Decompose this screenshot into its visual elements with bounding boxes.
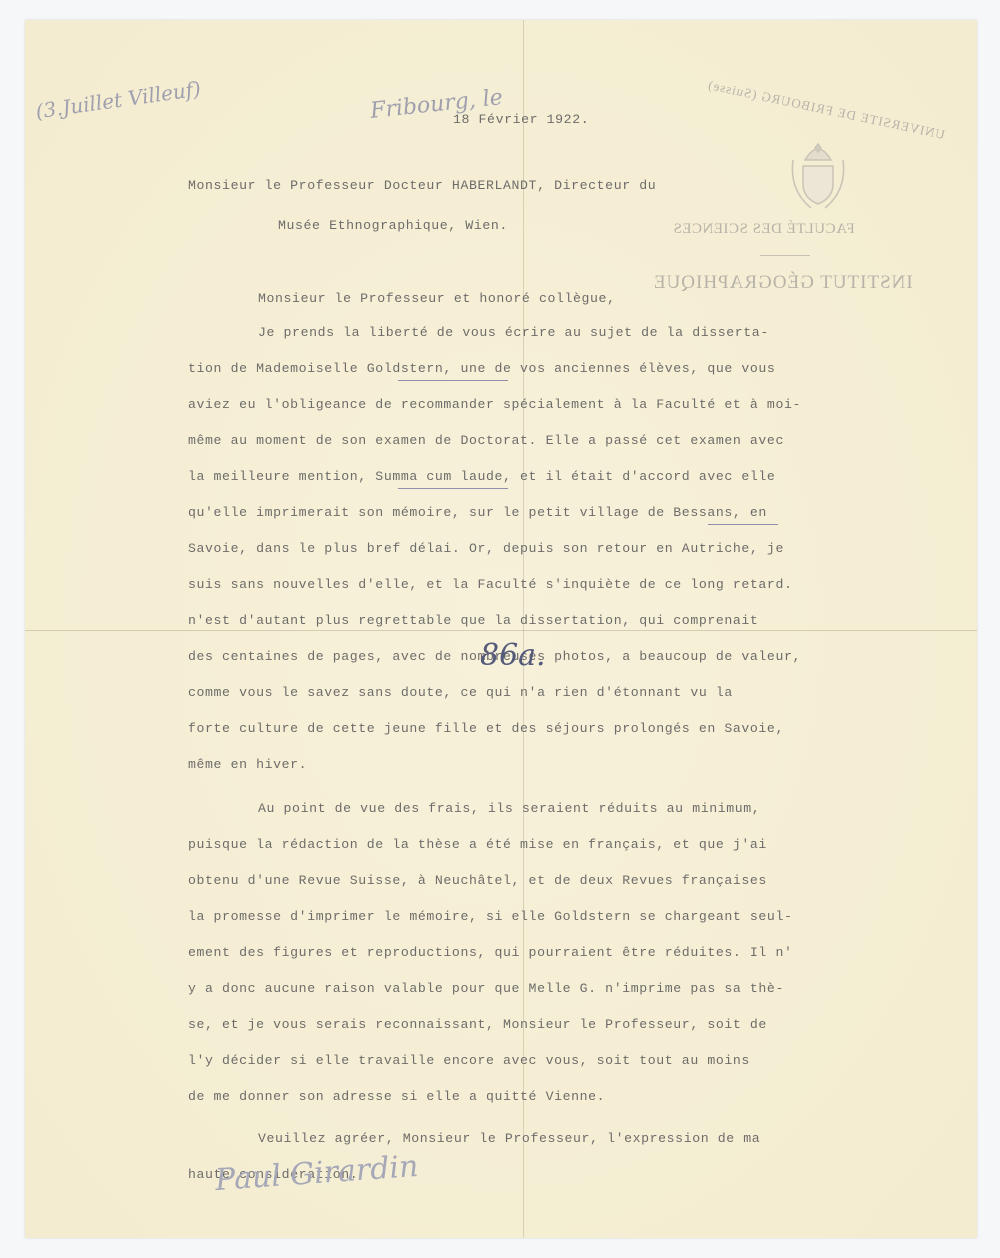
body-line: Au point de vue des frais, ils seraient …: [258, 801, 760, 816]
body-line: obtenu d'une Revue Suisse, à Neuchâtel, …: [188, 873, 767, 888]
body-line: suis sans nouvelles d'elle, et la Facult…: [188, 577, 792, 592]
body-line: y a donc aucune raison valable pour que …: [188, 981, 784, 996]
body-line: comme vous le savez sans doute, ce qui n…: [188, 685, 733, 700]
signature: Paul Girardin: [214, 1149, 419, 1198]
body-line: ement des figures et reproductions, qui …: [188, 945, 792, 960]
body-line: l'y décider si elle travaille encore ave…: [188, 1053, 750, 1068]
recipient-line-1: Monsieur le Professeur Docteur HABERLAND…: [188, 178, 656, 193]
body-line: Savoie, dans le plus bref délai. Or, dep…: [188, 541, 784, 556]
letterhead-institute: INSTITUT GÉOGRAPHIQUE: [653, 272, 913, 294]
crest-icon: [785, 130, 851, 216]
underline-summa-cum-laude: [398, 488, 508, 489]
body-line: puisque la rédaction de la thèse a été m…: [188, 837, 767, 852]
underline-bessans: [708, 524, 778, 525]
body-line: même au moment de son examen de Doctorat…: [188, 433, 784, 448]
closing-line-1: Veuillez agréer, Monsieur le Professeur,…: [258, 1131, 760, 1146]
body-line: même en hiver.: [188, 757, 307, 772]
recipient-line-2: Musée Ethnographique, Wien.: [278, 218, 508, 233]
underline-goldstern: [398, 380, 508, 381]
archive-number: 86a.: [480, 638, 546, 673]
fold-line-horizontal: [25, 630, 977, 631]
body-line: de me donner son adresse si elle a quitt…: [188, 1089, 605, 1104]
body-line: forte culture de cette jeune fille et de…: [188, 721, 784, 736]
letter-page: UNIVERSITE DE FRIBOURG (Suisse) FACULTÉ …: [25, 20, 977, 1238]
salutation: Monsieur le Professeur et honoré collègu…: [258, 291, 616, 306]
body-line: se, et je vous serais reconnaissant, Mon…: [188, 1017, 767, 1032]
body-line: Je prends la liberté de vous écrire au s…: [258, 325, 769, 340]
letter-date: 18 Février 1922.: [453, 112, 589, 127]
body-line: aviez eu l'obligeance de recommander spé…: [188, 397, 801, 412]
body-line: n'est d'autant plus regrettable que la d…: [188, 613, 758, 628]
body-line: la promesse d'imprimer le mémoire, si el…: [188, 909, 792, 924]
body-line: qu'elle imprimerait son mémoire, sur le …: [188, 505, 767, 520]
body-line: la meilleure mention, Summa cum laude, e…: [188, 469, 775, 484]
handwritten-annotation: (3.Juillet Villeuf): [34, 77, 202, 124]
body-line: tion de Mademoiselle Goldstern, une de v…: [188, 361, 775, 376]
letterhead-divider: [760, 255, 810, 256]
letterhead-faculty: FACULTÉ DES SCIENCES: [673, 221, 855, 238]
